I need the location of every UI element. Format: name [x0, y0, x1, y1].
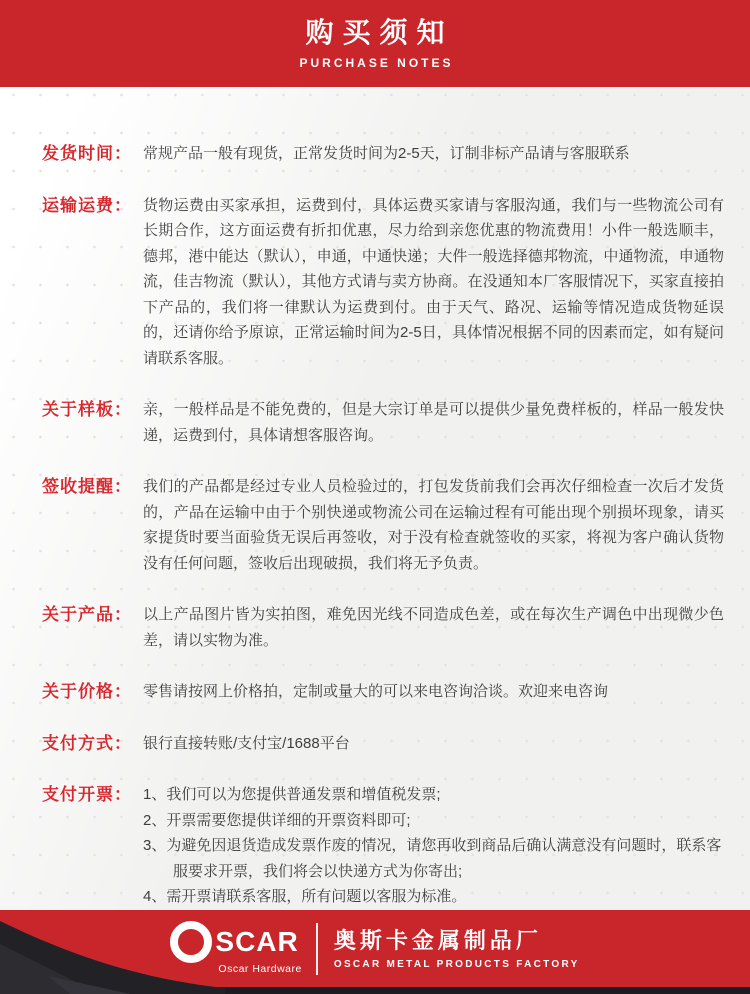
section-sample: 关于样板： 亲，一般样品是不能免费的，但是大宗订单是可以提供少量免费样板的，样品… — [42, 397, 724, 448]
section-text: 常规产品一般有现货，正常发货时间为2-5天，订制非标产品请与客服联系 — [143, 141, 724, 167]
section-shipping-time: 发货时间： 常规产品一般有现货，正常发货时间为2-5天，订制非标产品请与客服联系 — [42, 141, 724, 167]
section-label: 关于样板： — [42, 397, 143, 448]
section-invoice: 支付开票： 1、我们可以为您提供普通发票和增值税发票; 2、开票需要您提供详细的… — [42, 782, 724, 910]
oscar-logo-text: SCAR — [215, 927, 298, 957]
company-name-block: 奥斯卡金属制品厂 OSCAR METAL PRODUCTS FACTORY — [334, 928, 580, 970]
section-label: 发货时间： — [42, 141, 143, 167]
header-banner: 购买须知 PURCHASE NOTES — [0, 0, 750, 87]
section-label: 支付方式： — [42, 731, 143, 757]
oscar-logo-top: SCAR — [170, 921, 301, 963]
invoice-item: 2、开票需要您提供详细的开票资料即可; — [143, 808, 724, 834]
section-payment-method: 支付方式： 银行直接转账/支付宝/1688平台 — [42, 731, 724, 757]
invoice-list: 1、我们可以为您提供普通发票和增值税发票; 2、开票需要您提供详细的开票资料即可… — [143, 782, 724, 910]
footer-logo-row: SCAR Oscar Hardware 奥斯卡金属制品厂 OSCAR METAL… — [0, 910, 750, 987]
invoice-item: 1、我们可以为您提供普通发票和增值税发票; — [143, 782, 724, 808]
page-subtitle: PURCHASE NOTES — [296, 57, 453, 69]
section-label: 签收提醒： — [42, 474, 143, 576]
section-text: 货物运费由买家承担，运费到付，具体运费买家请与客服沟通，我们与一些物流公司有长期… — [143, 193, 724, 372]
oscar-logo: SCAR Oscar Hardware — [170, 921, 301, 976]
section-price: 关于价格： 零售请按网上价格拍，定制或量大的可以来电咨询洽谈。欢迎来电咨询 — [42, 679, 724, 705]
section-product: 关于产品： 以上产品图片皆为实拍图，难免因光线不同造成色差，或在每次生产调色中出… — [42, 602, 724, 653]
purchase-notes-page: 购买须知 PURCHASE NOTES 发货时间： 常规产品一般有现货，正常发货… — [0, 0, 750, 994]
section-text: 亲，一般样品是不能免费的，但是大宗订单是可以提供少量免费样板的，样品一般发快递，… — [143, 397, 724, 448]
section-text: 银行直接转账/支付宝/1688平台 — [143, 731, 724, 757]
invoice-item: 3、为避免因退货造成发票作废的情况，请您再收到商品后确认满意没有问题时，联系客服… — [143, 833, 724, 884]
page-title: 购买须知 — [296, 19, 453, 47]
section-label: 运输运费： — [42, 193, 143, 372]
invoice-item: 4、需开票请联系客服，所有问题以客服为标准。 — [143, 884, 724, 910]
section-text: 零售请按网上价格拍，定制或量大的可以来电咨询洽谈。欢迎来电咨询 — [143, 679, 724, 705]
footer-banner: SCAR Oscar Hardware 奥斯卡金属制品厂 OSCAR METAL… — [0, 910, 750, 994]
company-name-cn: 奥斯卡金属制品厂 — [334, 928, 580, 954]
section-label: 关于产品： — [42, 602, 143, 653]
notes-list: 发货时间： 常规产品一般有现货，正常发货时间为2-5天，订制非标产品请与客服联系… — [0, 87, 750, 910]
section-text: 以上产品图片皆为实拍图，难免因光线不同造成色差，或在每次生产调色中出现微少色差，… — [143, 602, 724, 653]
section-sign-reminder: 签收提醒： 我们的产品都是经过专业人员检验过的，打包发货前我们会再次仔细检查一次… — [42, 474, 724, 576]
oscar-logo-subtext: Oscar Hardware — [218, 963, 301, 976]
section-label: 支付开票： — [42, 782, 143, 910]
section-label: 关于价格： — [42, 679, 143, 705]
section-freight: 运输运费： 货物运费由买家承担，运费到付，具体运费买家请与客服沟通，我们与一些物… — [42, 193, 724, 372]
company-name-en: OSCAR METAL PRODUCTS FACTORY — [334, 959, 580, 970]
footer-divider — [316, 923, 318, 975]
oscar-o-ring-icon — [170, 921, 212, 963]
section-text: 我们的产品都是经过专业人员检验过的，打包发货前我们会再次仔细检查一次后才发货的，… — [143, 474, 724, 576]
